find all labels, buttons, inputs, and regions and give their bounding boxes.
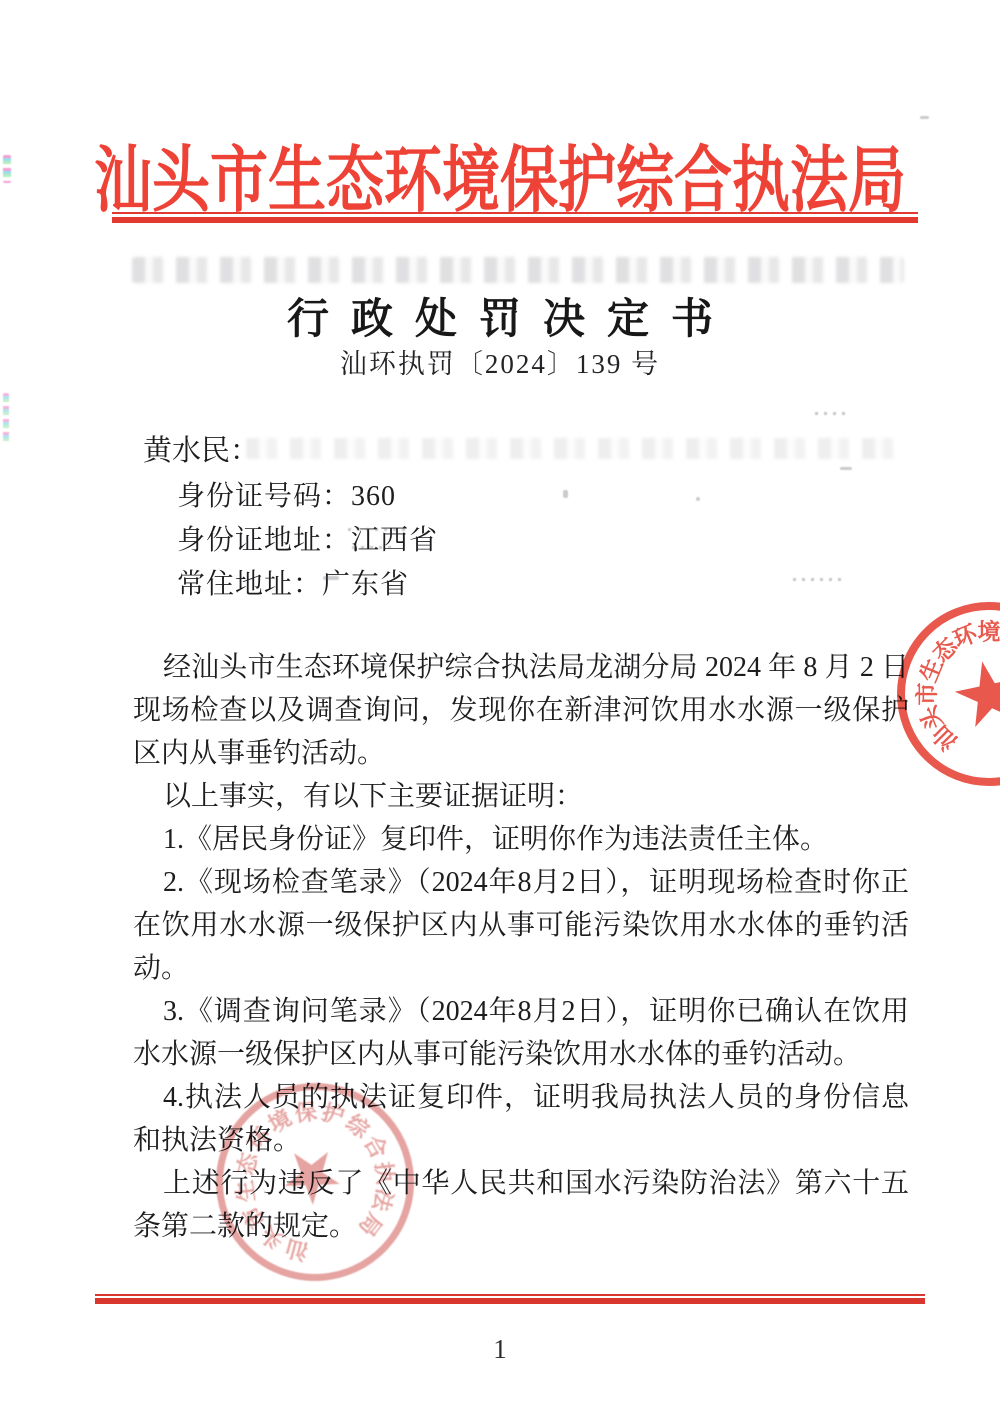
body-paragraph: 经汕头市生态环境保护综合执法局龙湖分局 2024 年 8 月 2 日现场检查以及…	[133, 646, 909, 775]
body-paragraph: 3.《调查询问笔录》（2024年8月2日），证明你已确认在饮用水水源一级保护区内…	[133, 990, 909, 1076]
letterhead-rule	[112, 212, 918, 223]
official-seal: ★ 汕头市生态环境保护综合执法局	[897, 602, 1000, 786]
scanned-document-page: 汕头市生态环境保护综合执法局 行政处罚决定书 汕环执罚〔2024〕139 号 黄…	[0, 0, 1000, 1414]
document-number: 汕环执罚〔2024〕139 号	[0, 342, 1000, 381]
redaction-smudge	[696, 497, 700, 501]
recipient-id-address: 身份证地址：江西省	[177, 518, 438, 558]
scan-speck	[920, 116, 929, 119]
scan-edge-artifact	[3, 393, 9, 443]
redaction-smudge	[815, 412, 845, 415]
body-paragraph: 1.《居民身份证》复印件，证明你作为违法责任主体。	[133, 818, 909, 861]
document-title: 行政处罚决定书	[0, 286, 1000, 346]
page-number: 1	[0, 1334, 1000, 1365]
body-paragraph: 以上事实，有以下主要证据证明：	[133, 775, 909, 818]
footer-rule	[95, 1294, 925, 1304]
redaction-smudge	[352, 546, 394, 549]
body-paragraph: 2.《现场检查笔录》（2024年8月2日），证明现场检查时你正在饮用水水源一级保…	[133, 861, 909, 990]
redaction-smudge	[323, 576, 339, 580]
agency-letterhead-title: 汕头市生态环境保护综合执法局	[0, 122, 1000, 226]
bleedthrough-smudge	[132, 257, 904, 283]
recipient-id-number: 身份证号码：360	[177, 474, 396, 514]
bleedthrough-smudge	[246, 438, 900, 459]
star-icon: ★	[263, 1126, 358, 1222]
redaction-smudge	[793, 578, 841, 581]
redaction-smudge	[840, 467, 852, 470]
recipient-residence-address: 常住地址：广东省	[177, 562, 409, 602]
redaction-smudge	[563, 490, 568, 498]
recipient-name: 黄水民：	[143, 428, 259, 469]
redaction-smudge	[348, 528, 406, 531]
